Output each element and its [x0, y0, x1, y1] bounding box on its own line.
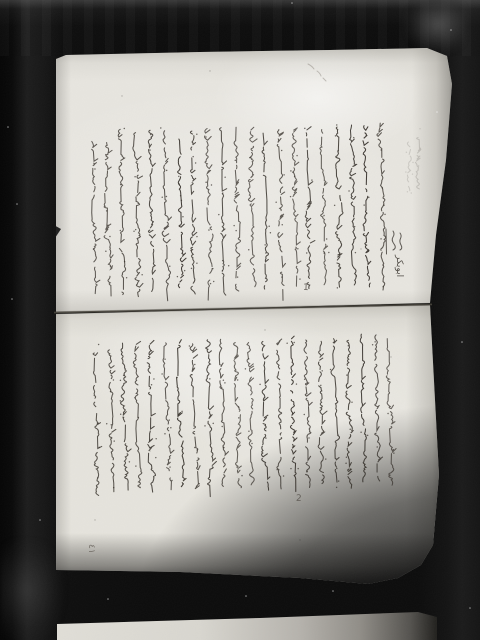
page-number-mark-lower: 2 [296, 494, 302, 504]
margin-note-abu-bakr: ابوبكر [394, 255, 404, 277]
film-glare-top-right [406, 2, 464, 52]
corner-folio-mark: ٤١ [86, 544, 96, 554]
page-number-mark-upper: 1 [303, 283, 309, 293]
microfilm-photograph: 1 2 ابوبكر ٤١ [0, 0, 480, 640]
film-glare-bottom-left [0, 540, 64, 640]
